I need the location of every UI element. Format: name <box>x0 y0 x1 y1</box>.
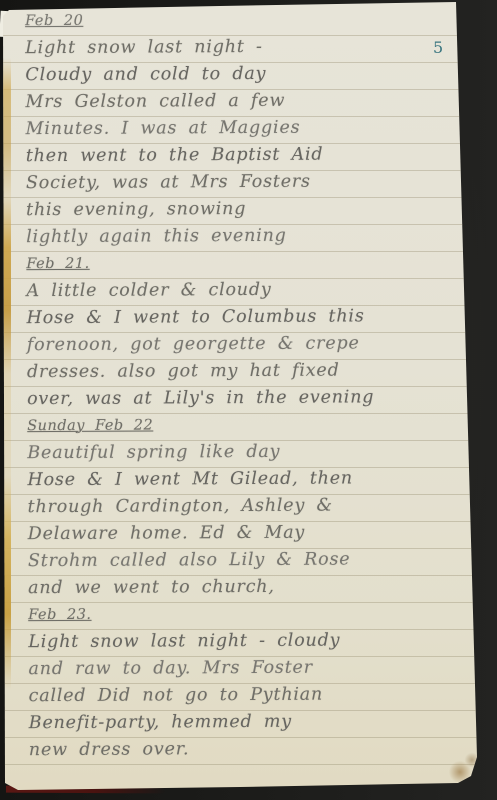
diary-line: Minutes. I was at Maggies <box>26 114 466 143</box>
entry-date: Sunday Feb 22 <box>27 411 467 440</box>
diary-line: called Did not go to Pythian <box>29 681 469 710</box>
diary-line: Strohm called also Lily & Rose <box>28 546 468 575</box>
diary-line: this evening, snowing <box>26 195 466 224</box>
diary-line: forenoon, got georgette & crepe <box>27 330 467 359</box>
diary-line: Light snow last night - <box>25 33 465 62</box>
diary-line: Light snow last night - cloudy <box>28 627 468 656</box>
entry-date: Feb 20 <box>25 6 465 35</box>
entry-date: Feb 23. <box>28 600 468 629</box>
diary-line: new dress over. <box>29 735 469 764</box>
diary-line: Beautiful spring like day <box>27 438 467 467</box>
notebook-page: 5 Feb 20 Light snow last night - Cloudy … <box>0 0 481 794</box>
diary-line: Benefit-party, hemmed my <box>29 708 469 737</box>
diary-line: and raw to day. Mrs Foster <box>28 654 468 683</box>
diary-line: then went to the Baptist Aid <box>26 141 466 170</box>
diary-line: A little colder & cloudy <box>26 276 466 305</box>
diary-line: lightly again this evening <box>26 222 466 251</box>
diary-line: Cloudy and cold to day <box>25 60 465 89</box>
diary-line: and we went to church, <box>28 573 468 602</box>
entry-date: Feb 21. <box>26 249 466 278</box>
diary-line: through Cardington, Ashley & <box>28 492 468 521</box>
diary-line: Hose & I went to Columbus this <box>27 303 467 332</box>
photographed-diary-scan: 5 Feb 20 Light snow last night - Cloudy … <box>0 0 497 800</box>
handwriting-block: Feb 20 Light snow last night - Cloudy an… <box>25 6 469 764</box>
diary-line: Society, was at Mrs Fosters <box>26 168 466 197</box>
diary-line: dresses. also got my hat fixed <box>27 357 467 386</box>
diary-line: Hose & I went Mt Gilead, then <box>27 465 467 494</box>
binding-tape <box>0 58 11 690</box>
diary-line: Mrs Gelston called a few <box>25 87 465 116</box>
diary-line: Delaware home. Ed & May <box>28 519 468 548</box>
diary-line: over, was at Lily's in the evening <box>27 384 467 413</box>
